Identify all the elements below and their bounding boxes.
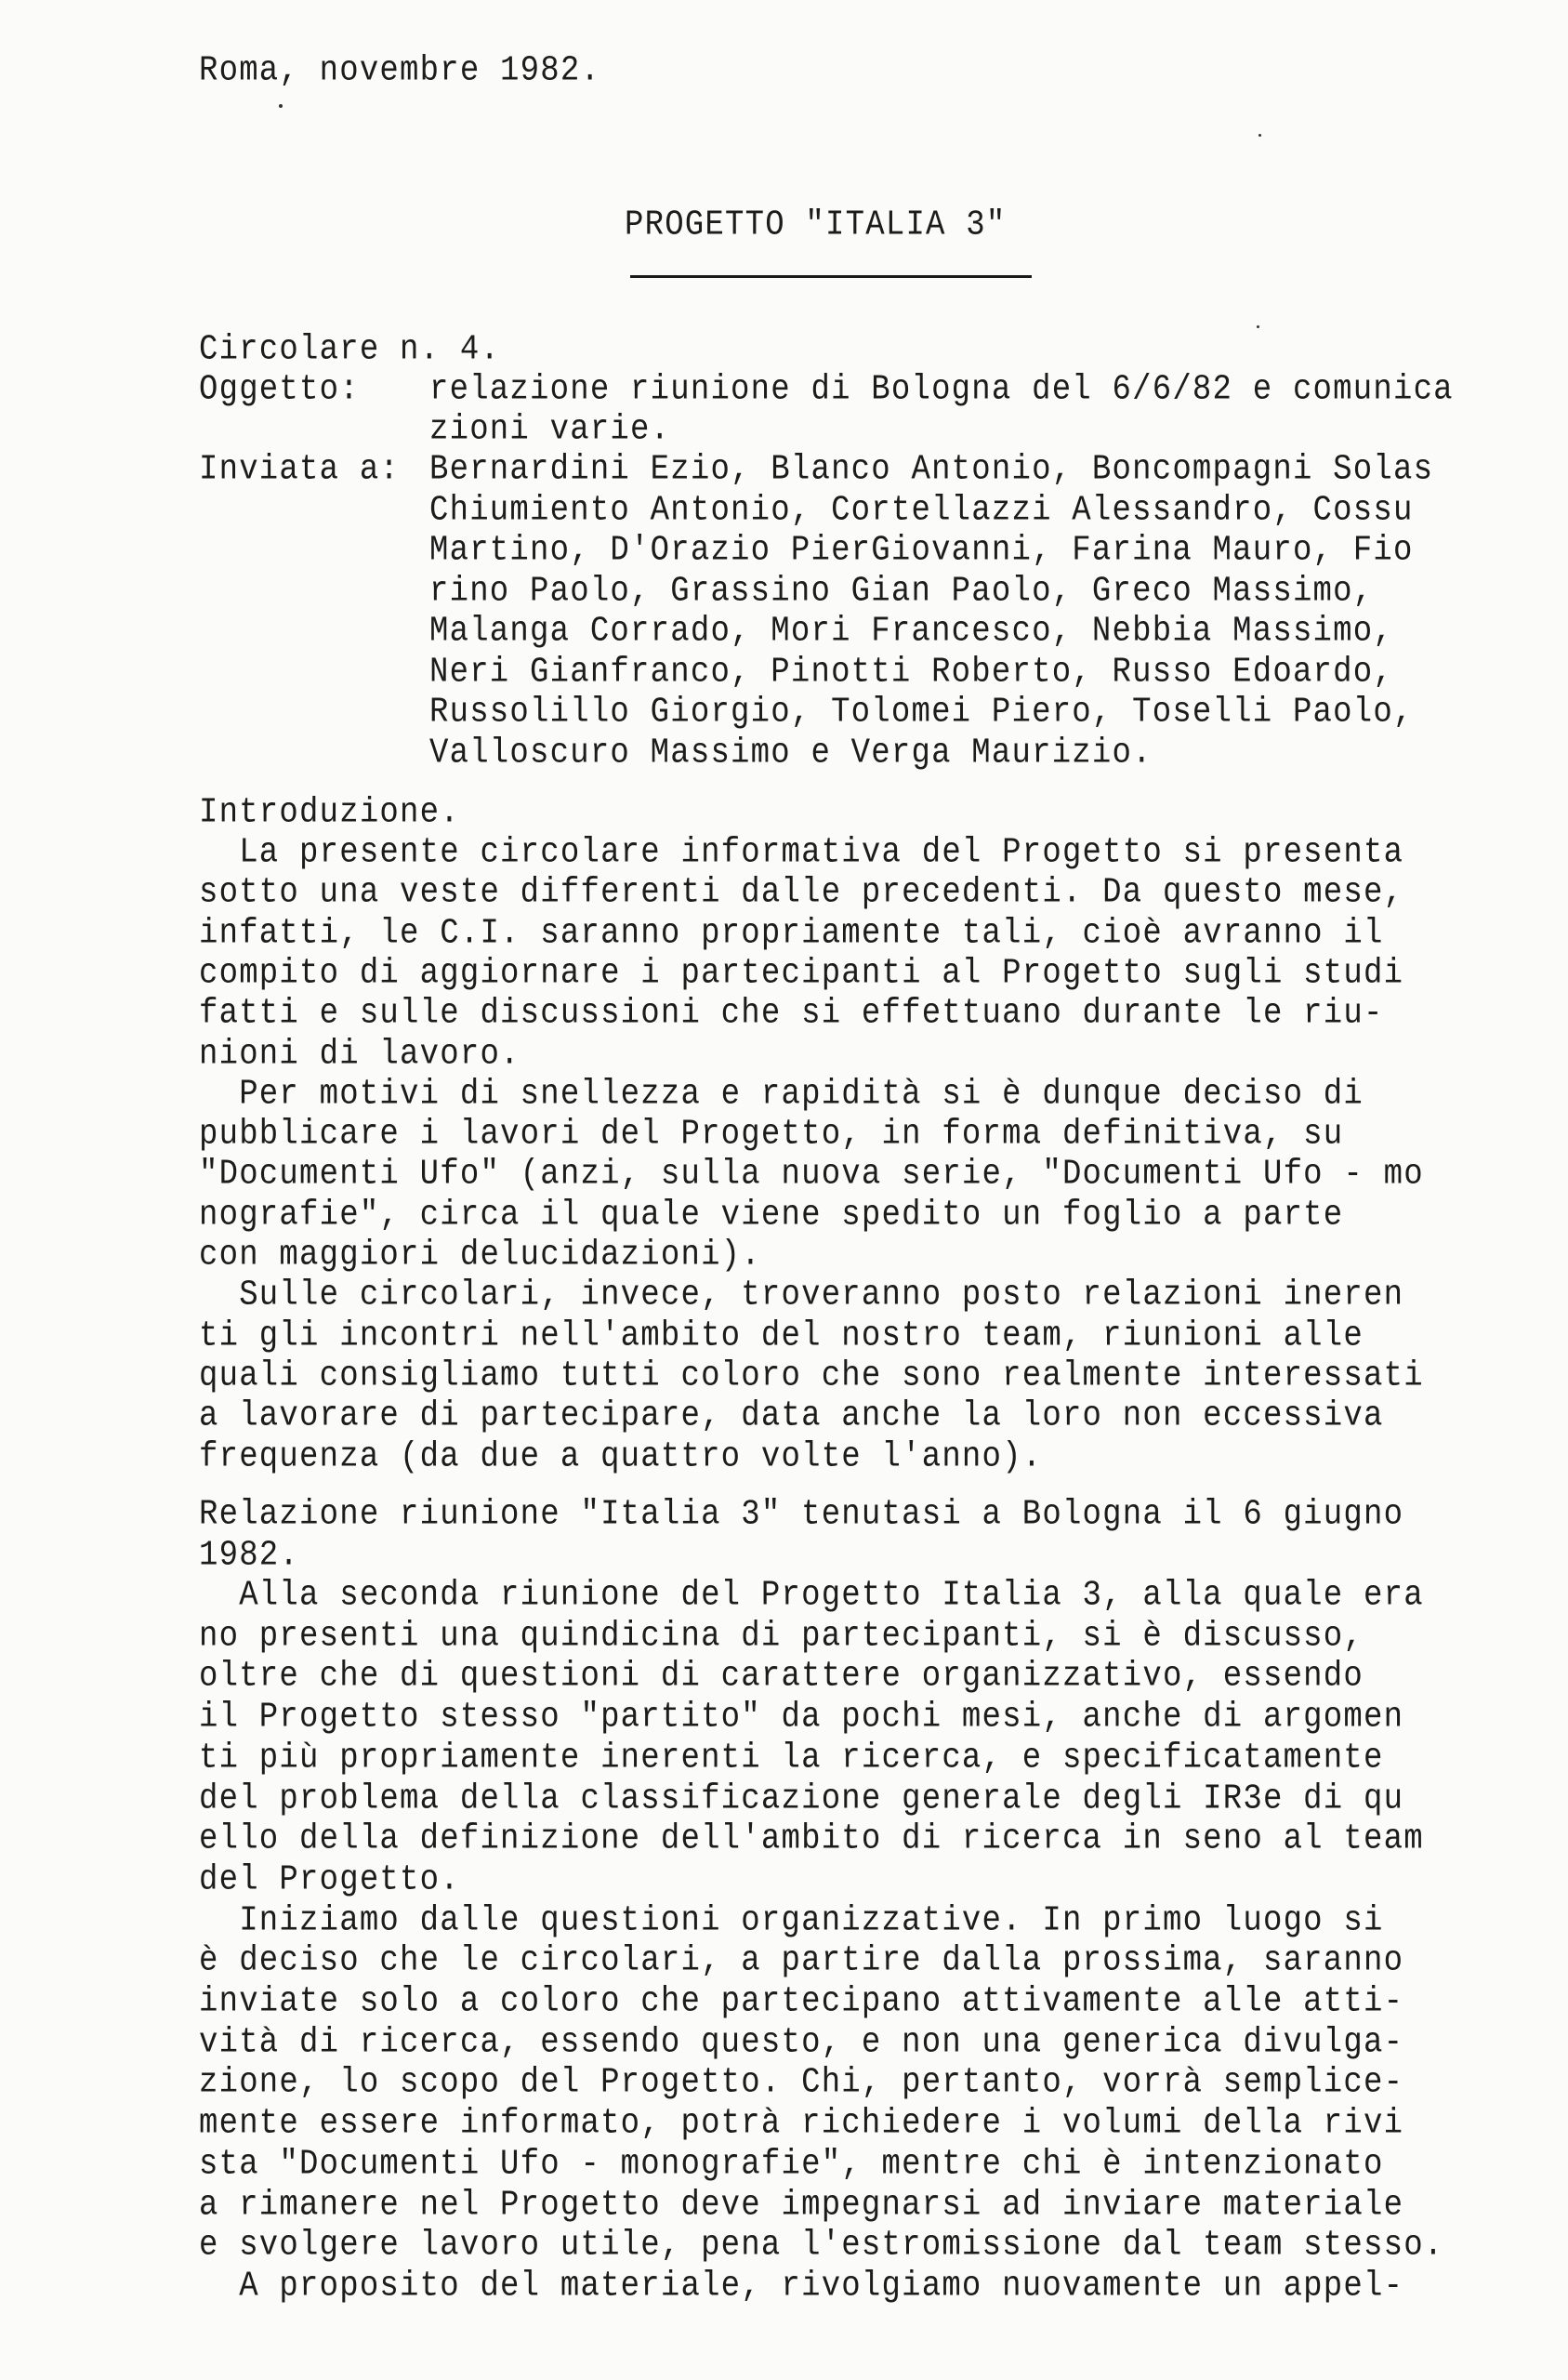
relazione-heading-line: Relazione riunione "Italia 3" tenutasi a…	[199, 1492, 1403, 1538]
recipient-line: Chiumiento Antonio, Cortellazzi Alessand…	[429, 488, 1414, 534]
body-line: sotto una veste differenti dalle precede…	[199, 870, 1403, 916]
title-underline	[630, 275, 1032, 278]
body-line: del Progetto.	[199, 1858, 460, 1903]
recipient-line: Valloscuro Massimo e Verga Maurizio.	[429, 731, 1153, 776]
body-line: pubblicare i lavori del Progetto, in for…	[199, 1112, 1343, 1157]
body-line: no presenti una quindicina di partecipan…	[199, 1614, 1364, 1659]
document-title: PROGETTO "ITALIA 3"	[625, 203, 1006, 248]
body-line: infatti, le C.I. saranno propriamente ta…	[199, 911, 1384, 957]
circolare-number: Circolare n. 4.	[199, 327, 500, 373]
date-line: Roma, novembre 1982.	[199, 48, 600, 94]
body-line: nioni di lavoro.	[199, 1032, 520, 1078]
body-line: oltre che di questioni di carattere orga…	[199, 1654, 1364, 1699]
body-line: "Documenti Ufo" (anzi, sulla nuova serie…	[199, 1152, 1424, 1197]
body-line: ti gli incontri nell'ambito del nostro t…	[199, 1314, 1364, 1359]
ink-speck	[1257, 325, 1259, 328]
body-line: inviate solo a coloro che partecipano at…	[199, 1979, 1403, 2025]
body-line: il Progetto stesso "partito" da pochi me…	[199, 1695, 1403, 1740]
body-line: quali consigliamo tutti coloro che sono …	[199, 1354, 1424, 1399]
body-line: Iniziamo dalle questioni organizzative. …	[199, 1898, 1384, 1944]
recipient-line: Malanga Corrado, Mori Francesco, Nebbia …	[429, 609, 1393, 654]
oggetto-label: Oggetto:	[199, 367, 360, 413]
body-line: ti più propriamente inerenti la ricerca,…	[199, 1736, 1384, 1781]
body-line: nografie", circa il quale viene spedito …	[199, 1193, 1343, 1238]
oggetto-line: relazione riunione di Bologna del 6/6/82…	[429, 367, 1454, 413]
relazione-heading-line: 1982.	[199, 1533, 299, 1579]
body-line: La presente circolare informativa del Pr…	[199, 830, 1403, 876]
body-line: ello della definizione dell'ambito di ri…	[199, 1817, 1424, 1862]
body-line: compito di aggiornare i partecipanti al …	[199, 951, 1403, 997]
inviata-label: Inviata a:	[199, 447, 400, 493]
body-line: frequenza (da due a quattro volte l'anno…	[199, 1435, 1042, 1480]
body-line: a lavorare di partecipare, data anche la…	[199, 1394, 1384, 1439]
oggetto-line: zioni varie.	[429, 407, 670, 453]
body-line: a rimanere nel Progetto deve impegnarsi …	[199, 2183, 1403, 2228]
body-line: Alla seconda riunione del Progetto Itali…	[199, 1573, 1424, 1619]
body-line: è deciso che le circolari, a partire dal…	[199, 1938, 1403, 1984]
recipient-line: rino Paolo, Grassino Gian Paolo, Greco M…	[429, 569, 1373, 615]
typewritten-page: Roma, novembre 1982. PROGETTO "ITALIA 3"…	[0, 0, 1568, 2380]
body-line: e svolgere lavoro utile, pena l'estromis…	[199, 2223, 1443, 2268]
recipient-line: Martino, D'Orazio PierGiovanni, Farina M…	[429, 528, 1414, 574]
body-line: zione, lo scopo del Progetto. Chi, perta…	[199, 2060, 1403, 2106]
body-line: mente essere informato, potrà richiedere…	[199, 2101, 1403, 2147]
recipient-line: Neri Gianfranco, Pinotti Roberto, Russo …	[429, 650, 1393, 695]
ink-speck	[1258, 134, 1261, 137]
recipient-line: Russolillo Giorgio, Tolomei Piero, Tosel…	[429, 690, 1414, 735]
body-line: Per motivi di snellezza e rapidità si è …	[199, 1072, 1364, 1117]
body-line: vità di ricerca, essendo questo, e non u…	[199, 2020, 1403, 2066]
body-line: fatti e sulle discussioni che si effettu…	[199, 991, 1384, 1037]
body-line: del problema della classificazione gener…	[199, 1777, 1403, 1822]
ink-speck	[279, 104, 283, 108]
body-line: Sulle circolari, invece, troveranno post…	[199, 1273, 1403, 1318]
recipient-line: Bernardini Ezio, Blanco Antonio, Boncomp…	[429, 447, 1433, 493]
introduzione-heading: Introduzione.	[199, 790, 460, 836]
body-line: A proposito del materiale, rivolgiamo nu…	[199, 2264, 1403, 2309]
body-line: con maggiori delucidazioni).	[199, 1233, 761, 1278]
body-line: sta "Documenti Ufo - monografie", mentre…	[199, 2142, 1384, 2188]
